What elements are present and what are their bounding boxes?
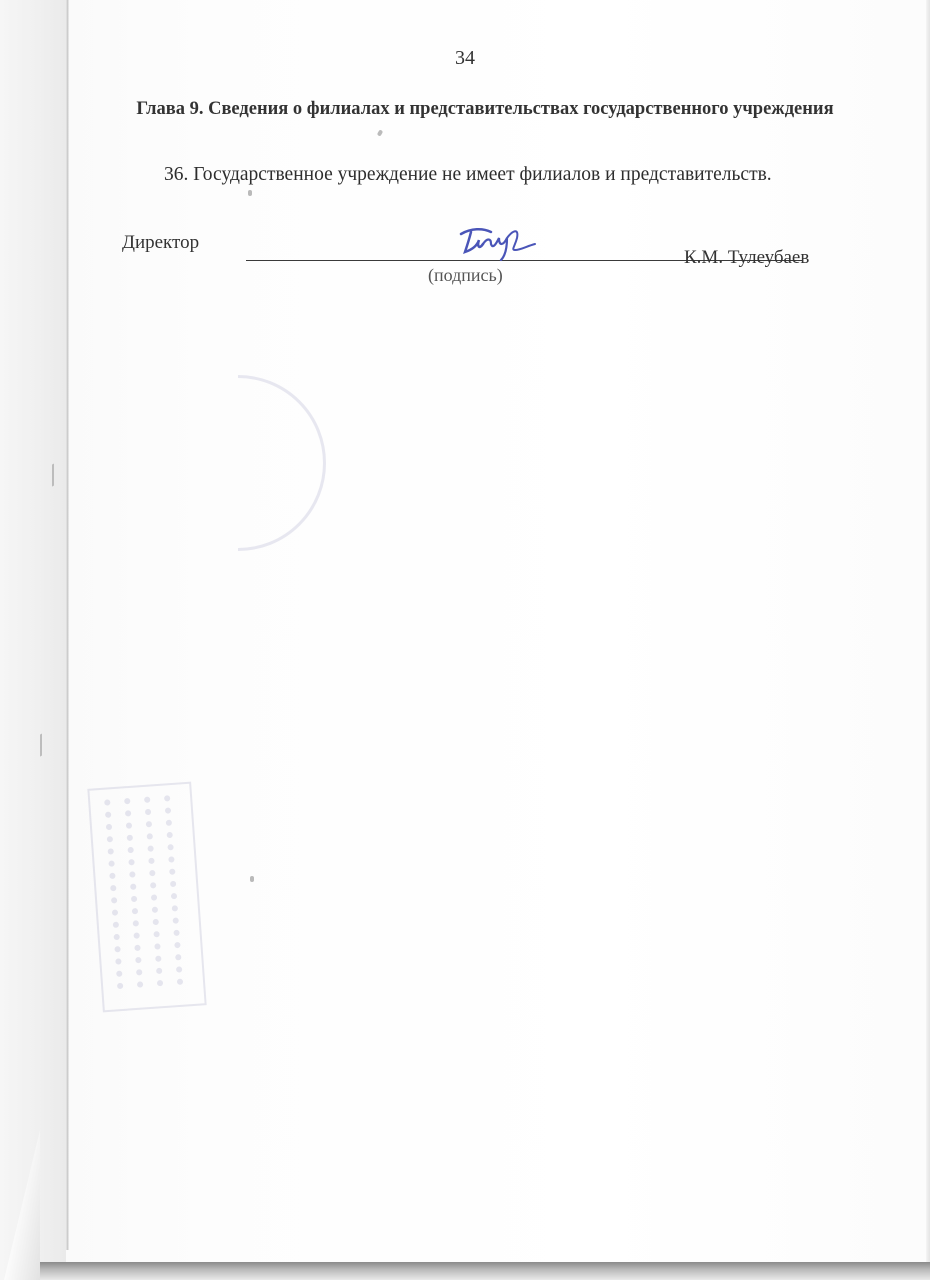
signatory-name: К.М. Тулеубаев [684, 247, 809, 269]
scan-speck [250, 876, 254, 882]
signature-block: Директор К.М. Тулеубаев (подпись) [122, 232, 842, 292]
page-bottom-shadow [40, 1262, 930, 1280]
faint-rectangular-stamp [87, 782, 206, 1013]
page-right-edge [926, 0, 930, 1270]
scan-speck [248, 190, 252, 196]
faint-round-stamp [150, 375, 326, 551]
underlying-page-edge [0, 0, 66, 1280]
signature-caption: (подпись) [428, 265, 503, 286]
page-fold-line [66, 0, 69, 1250]
chapter-title: Глава 9. Сведения о филиалах и представи… [120, 97, 850, 121]
page-number: 34 [0, 47, 930, 70]
handwritten-signature-icon [457, 224, 537, 264]
signatory-role: Директор [122, 232, 199, 254]
scan-speck [377, 129, 383, 136]
scanned-document-page: 34 Глава 9. Сведения о филиалах и предст… [0, 0, 930, 1280]
paragraph-36: 36. Государственное учреждение не имеет … [164, 164, 772, 186]
